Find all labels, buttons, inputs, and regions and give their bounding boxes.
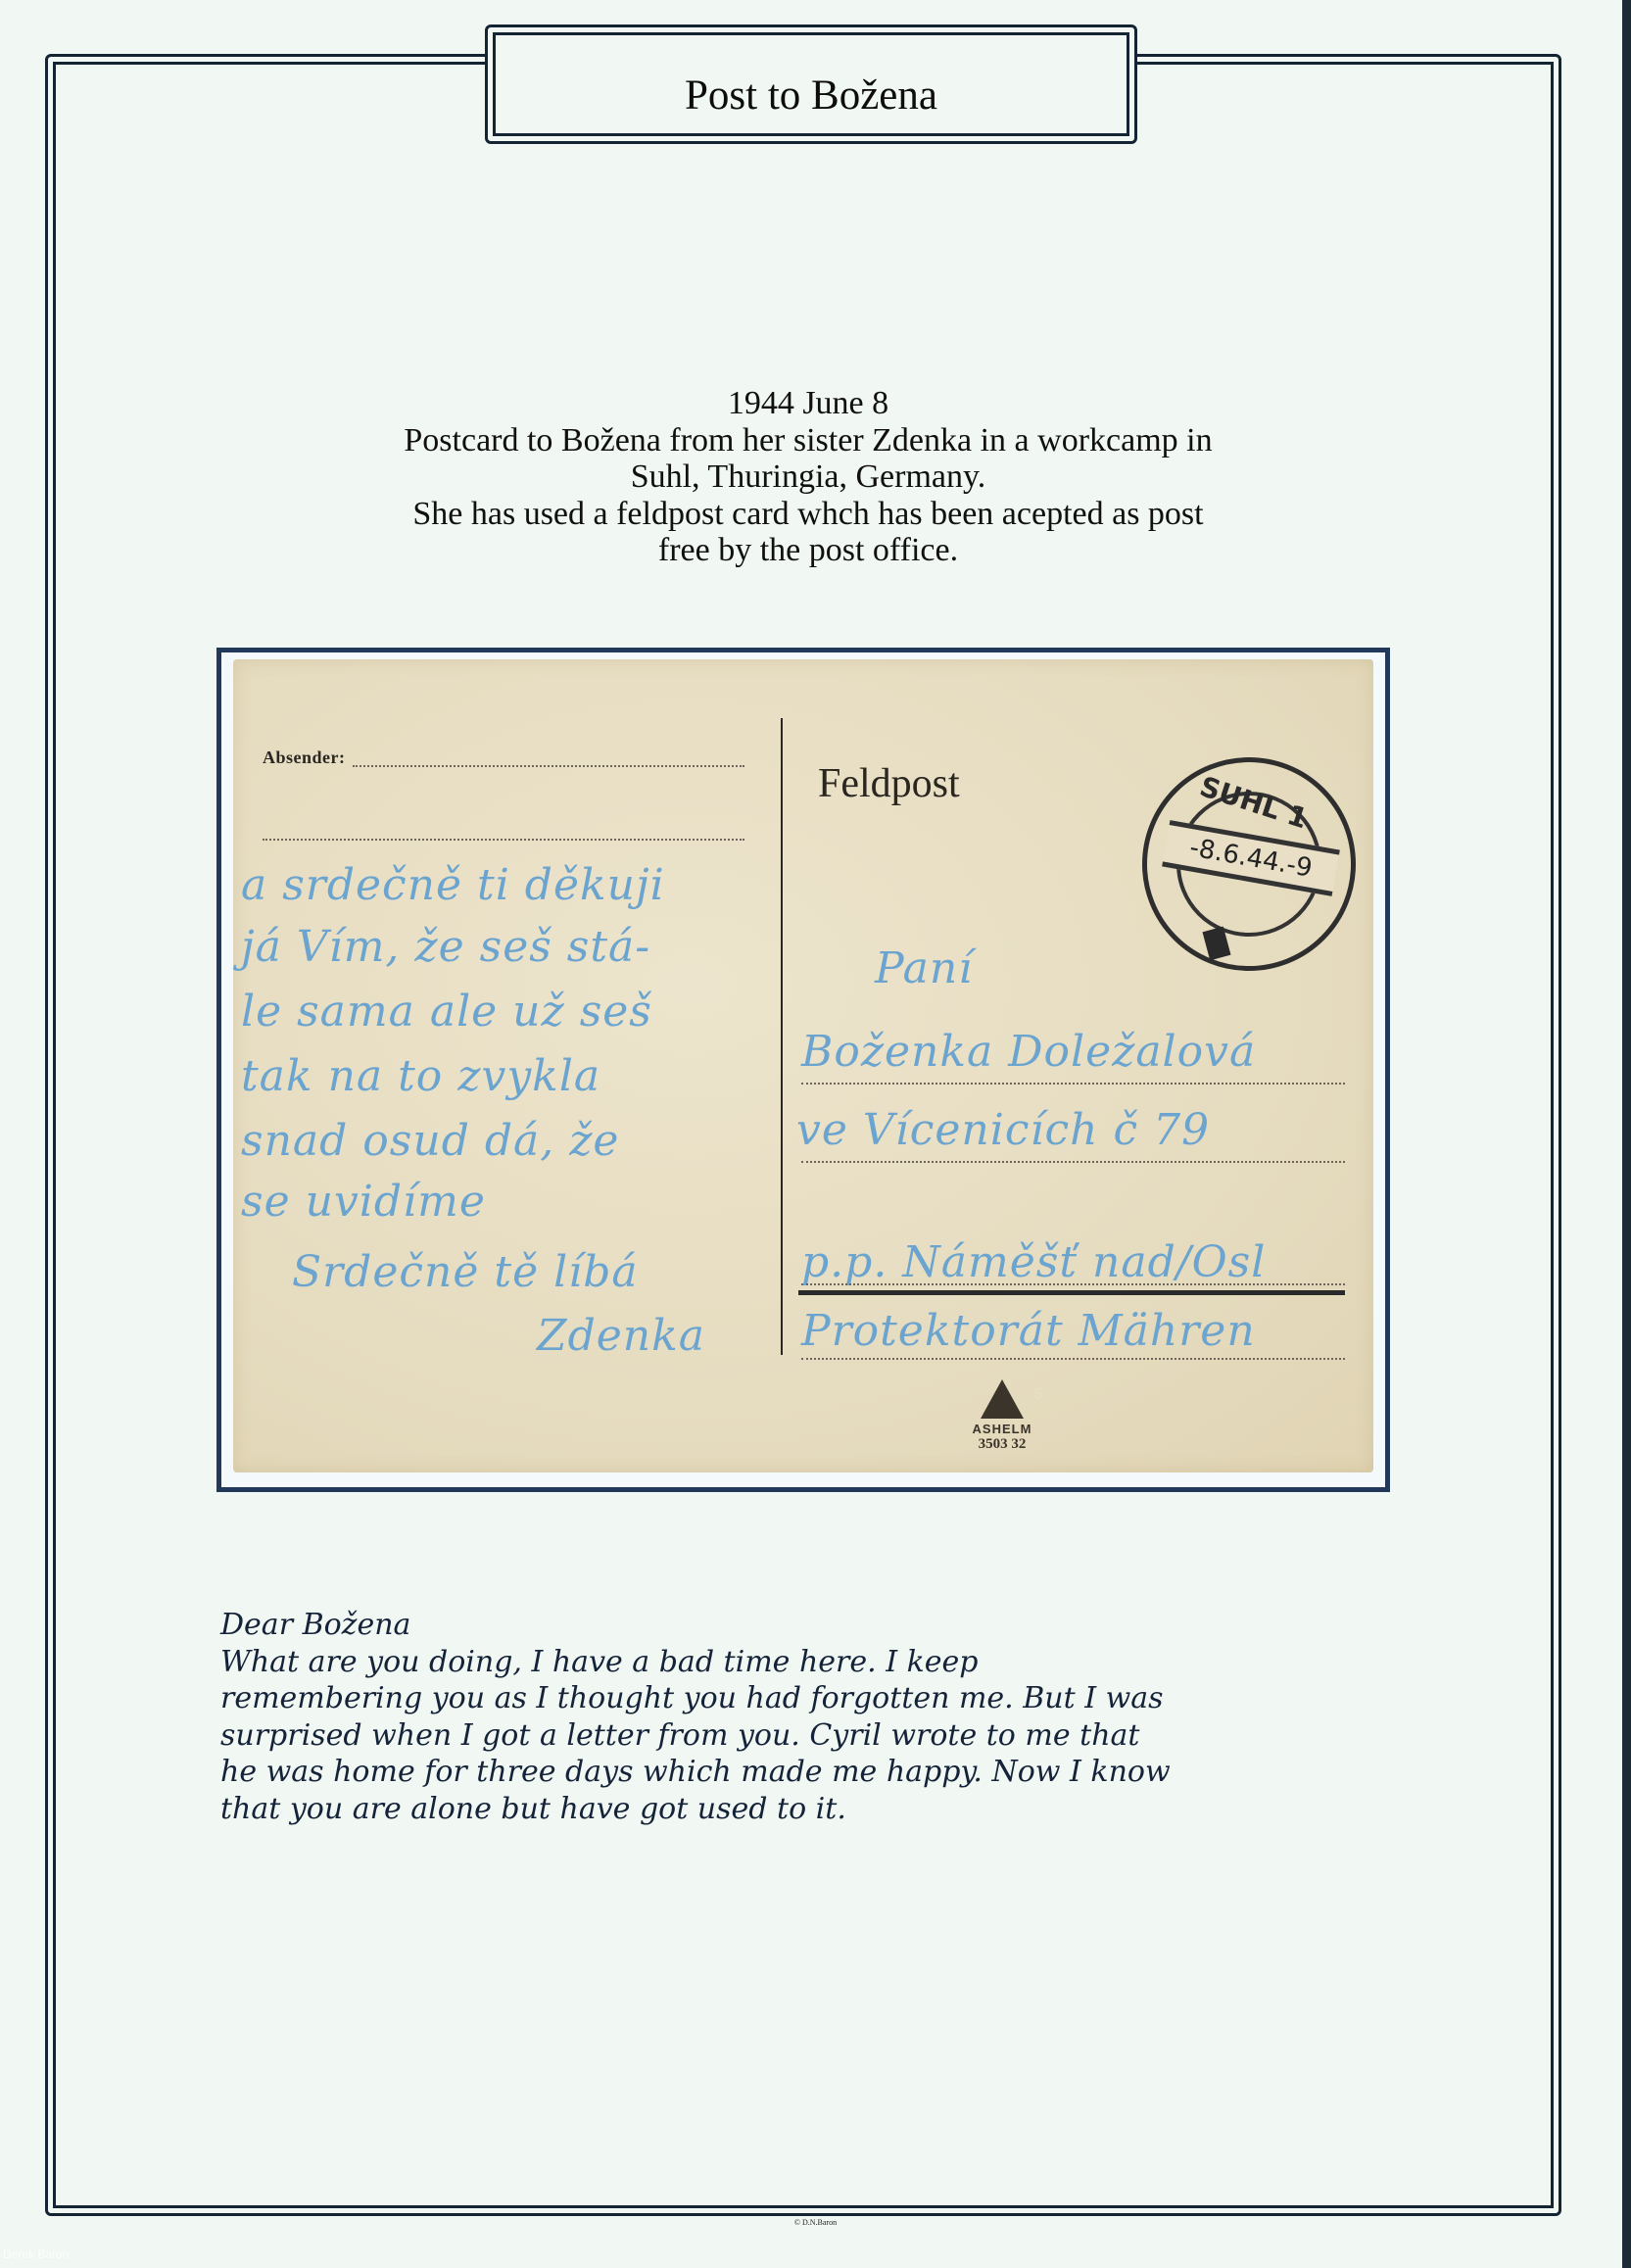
description-line: free by the post office. bbox=[294, 532, 1322, 569]
page-title: Post to Božena bbox=[488, 74, 1134, 117]
printer-code: 3503 32 bbox=[963, 1436, 1041, 1453]
address-line: p.p. Náměšť nad/Osl bbox=[801, 1237, 1266, 1287]
postmark-stamp: SUHL 1 -8.6.44.-9 bbox=[1142, 757, 1356, 971]
description-line: Suhl, Thuringia, Germany. bbox=[294, 458, 1322, 496]
message-signature: Zdenka bbox=[537, 1311, 705, 1361]
address-line: Protektorát Mähren bbox=[801, 1306, 1256, 1356]
translation-line: he was home for three days which made me… bbox=[220, 1754, 1396, 1791]
sender-dotted-line bbox=[263, 839, 744, 841]
address-line: ve Vícenicích č 79 bbox=[796, 1105, 1210, 1155]
description-date: 1944 June 8 bbox=[294, 385, 1322, 422]
watermark: Derek Baron bbox=[3, 2247, 69, 2261]
translation-greeting: Dear Božena bbox=[220, 1607, 1396, 1644]
address-underline bbox=[798, 1290, 1345, 1295]
address-dotted-line bbox=[801, 1161, 1345, 1163]
card-divider bbox=[781, 718, 783, 1355]
sender-label: Absender: bbox=[263, 748, 346, 768]
translation-line: What are you doing, I have a bad time he… bbox=[220, 1644, 1396, 1681]
translation-line: that you are alone but have got used to … bbox=[220, 1791, 1396, 1828]
description: 1944 June 8 Postcard to Božena from her … bbox=[294, 385, 1322, 569]
address-dotted-line bbox=[801, 1283, 1345, 1285]
message-line: tak na to zvykla bbox=[241, 1051, 600, 1101]
address-line: Paní bbox=[875, 943, 973, 993]
scan-edge-strip bbox=[1622, 0, 1631, 2268]
message-line: a srdečně ti děkuji bbox=[241, 860, 665, 910]
message-line: le sama ale už seš bbox=[241, 987, 652, 1037]
description-line: Postcard to Božena from her sister Zdenk… bbox=[294, 422, 1322, 459]
translation-line: remembering you as I thought you had for… bbox=[220, 1680, 1396, 1717]
address-dotted-line bbox=[801, 1358, 1345, 1360]
message-line: snad osud dá, že bbox=[241, 1116, 619, 1166]
sender-dotted-line bbox=[353, 765, 744, 767]
translation-line: surprised when I got a letter from you. … bbox=[220, 1717, 1396, 1755]
printer-triangle-icon: S bbox=[981, 1379, 1024, 1419]
address-dotted-line bbox=[801, 1083, 1345, 1085]
message-signoff: Srdečně tě líbá bbox=[292, 1247, 639, 1297]
address-line: Boženka Doležalová bbox=[801, 1027, 1256, 1077]
printer-logo: S ASHELM 3503 32 bbox=[963, 1379, 1041, 1453]
postcard-image: Absender: Feldpost a srdečně ti děkuji j… bbox=[233, 659, 1373, 1472]
copyright: © D.N.Baron bbox=[0, 2218, 1631, 2227]
printer-name: ASHELM bbox=[963, 1422, 1041, 1436]
title-box: Post to Božena bbox=[485, 24, 1137, 144]
message-line: já Vím, že seš stá- bbox=[241, 922, 650, 972]
message-line: se uvidíme bbox=[241, 1177, 486, 1227]
printer-initial: S bbox=[1033, 1385, 1042, 1401]
translation: Dear Božena What are you doing, I have a… bbox=[220, 1607, 1396, 1827]
feldpost-label: Feldpost bbox=[818, 760, 960, 807]
description-line: She has used a feldpost card whch has be… bbox=[294, 496, 1322, 533]
